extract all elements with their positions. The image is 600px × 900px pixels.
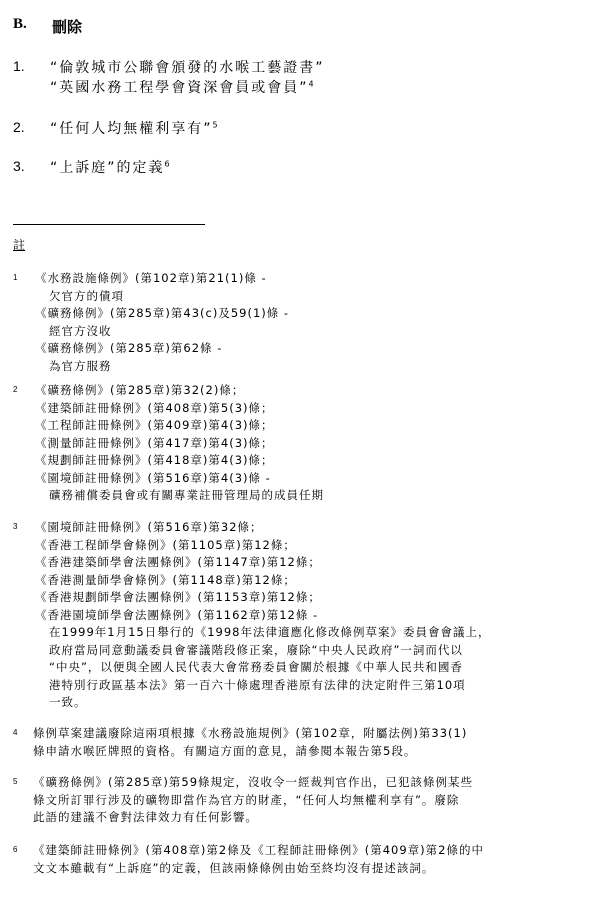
footnote-6: 《建築師註冊條例》(第408章)第2條及《工程師註冊條例》(第409章)第2條的… <box>33 842 484 877</box>
footnote-mark: 1 <box>13 273 17 282</box>
footnote-line: 港特別行政區基本法》第一百六十條處理香港原有法律的決定附件三第10項 <box>35 677 490 695</box>
footnote-line: 《測量師註冊條例》(第417章)第4(3)條； <box>35 435 324 453</box>
footnote-line: 一致。 <box>35 694 490 712</box>
item-text: “英國水務工程學會資深會員或會員”4 <box>50 77 314 97</box>
footnote-line: 文文本雖載有“上訴庭”的定義，但該兩條條例由始至終均沒有提述該詞。 <box>33 860 484 878</box>
footnote-separator <box>13 224 205 225</box>
footnote-line: 在1999年1月15日舉行的《1998年法律適應化修改條例草案》委員會會議上， <box>35 624 490 642</box>
footnote-line: 《規劃師註冊條例》(第418章)第4(3)條； <box>35 452 324 470</box>
item-number: 1. <box>13 58 25 74</box>
footnote-line: 條例草案建議廢除這兩項根據《水務設施規例》(第102章，附屬法例)第33(1) <box>33 725 467 743</box>
footnote-line: 經官方沒收 <box>35 323 289 341</box>
footnote-line: 《園境師註冊條例》(第516章)第4(3)條 - <box>35 470 324 488</box>
footnote-line: 《水務設施條例》(第102章)第21(1)條 - <box>35 270 289 288</box>
item-text: “上訴庭”的定義6 <box>50 157 170 177</box>
footnote-3: 《園境師註冊條例》(第516章)第32條； 《香港工程師學會條例》(第1105章… <box>35 519 490 712</box>
section-title: 刪除 <box>52 16 82 37</box>
footnote-mark: 3 <box>13 522 17 531</box>
footnote-line: 《香港建築師學會法團條例》(第1147章)第12條； <box>35 554 490 572</box>
footnote-line: 為官方服務 <box>35 358 289 376</box>
footnote-line: 礦務補償委員會或有關專業註冊管理局的成員任期 <box>35 487 324 505</box>
footnote-line: 政府當局同意動議委員會審議階段修正案，廢除“中央人民政府”一詞而代以 <box>35 642 490 660</box>
footnote-line: 《建築師註冊條例》(第408章)第2條及《工程師註冊條例》(第409章)第2條的… <box>33 842 484 860</box>
footnote-line: 《建築師註冊條例》(第408章)第5(3)條； <box>35 400 324 418</box>
footnote-line: 《園境師註冊條例》(第516章)第32條； <box>35 519 490 537</box>
footnote-line: 《礦務條例》(第285章)第43(c)及59(1)條 - <box>35 305 289 323</box>
footnote-mark: 4 <box>13 728 17 737</box>
item-text: “任何人均無權利享有”5 <box>50 118 218 138</box>
item-number: 3. <box>13 158 25 174</box>
footnote-line: 《香港園境師學會法團條例》(第1162章)第12條 - <box>35 607 490 625</box>
footnote-ref[interactable]: 5 <box>213 120 218 129</box>
footnote-line: 《礦務條例》(第285章)第32(2)條； <box>35 382 324 400</box>
footnote-1: 《水務設施條例》(第102章)第21(1)條 - 欠官方的債項 《礦務條例》(第… <box>35 270 289 375</box>
footnote-line: 《香港規劃師學會法團條例》(第1153章)第12條； <box>35 589 490 607</box>
footnote-ref[interactable]: 6 <box>165 159 170 168</box>
item-text: “倫敦城市公聯會頒發的水喉工藝證書” <box>50 57 325 77</box>
footnote-mark: 2 <box>13 385 17 394</box>
footnote-mark: 6 <box>13 845 17 854</box>
notes-label: 註 <box>13 236 25 253</box>
footnote-line: 條申請水喉匠牌照的資格。有關這方面的意見，請參閱本報告第5段。 <box>33 743 467 761</box>
footnote-mark: 5 <box>13 777 17 786</box>
footnote-line: 《礦務條例》(第285章)第59條規定，沒收令一經裁判官作出，已犯該條例某些 <box>33 774 473 792</box>
footnote-line: “中央”，以便與全國人民代表大會常務委員會關於根據《中華人民共和國香 <box>35 659 490 677</box>
footnote-ref[interactable]: 4 <box>309 79 314 88</box>
item-number: 2. <box>13 119 25 135</box>
footnote-line: 條文所訂罪行涉及的礦物即當作為官方的財產，“任何人均無權利享有”。廢除 <box>33 792 473 810</box>
footnote-4: 條例草案建議廢除這兩項根據《水務設施規例》(第102章，附屬法例)第33(1) … <box>33 725 467 760</box>
footnote-line: 《工程師註冊條例》(第409章)第4(3)條； <box>35 417 324 435</box>
footnote-line: 《香港工程師學會條例》(第1105章)第12條； <box>35 537 490 555</box>
footnote-line: 《礦務條例》(第285章)第62條 - <box>35 340 289 358</box>
footnote-2: 《礦務條例》(第285章)第32(2)條； 《建築師註冊條例》(第408章)第5… <box>35 382 324 505</box>
section-letter: B. <box>13 16 27 33</box>
footnote-5: 《礦務條例》(第285章)第59條規定，沒收令一經裁判官作出，已犯該條例某些 條… <box>33 774 473 827</box>
footnote-line: 《香港測量師學會條例》(第1148章)第12條； <box>35 572 490 590</box>
footnote-line: 欠官方的債項 <box>35 288 289 306</box>
footnote-line: 此語的建議不會對法律效力有任何影響。 <box>33 809 473 827</box>
